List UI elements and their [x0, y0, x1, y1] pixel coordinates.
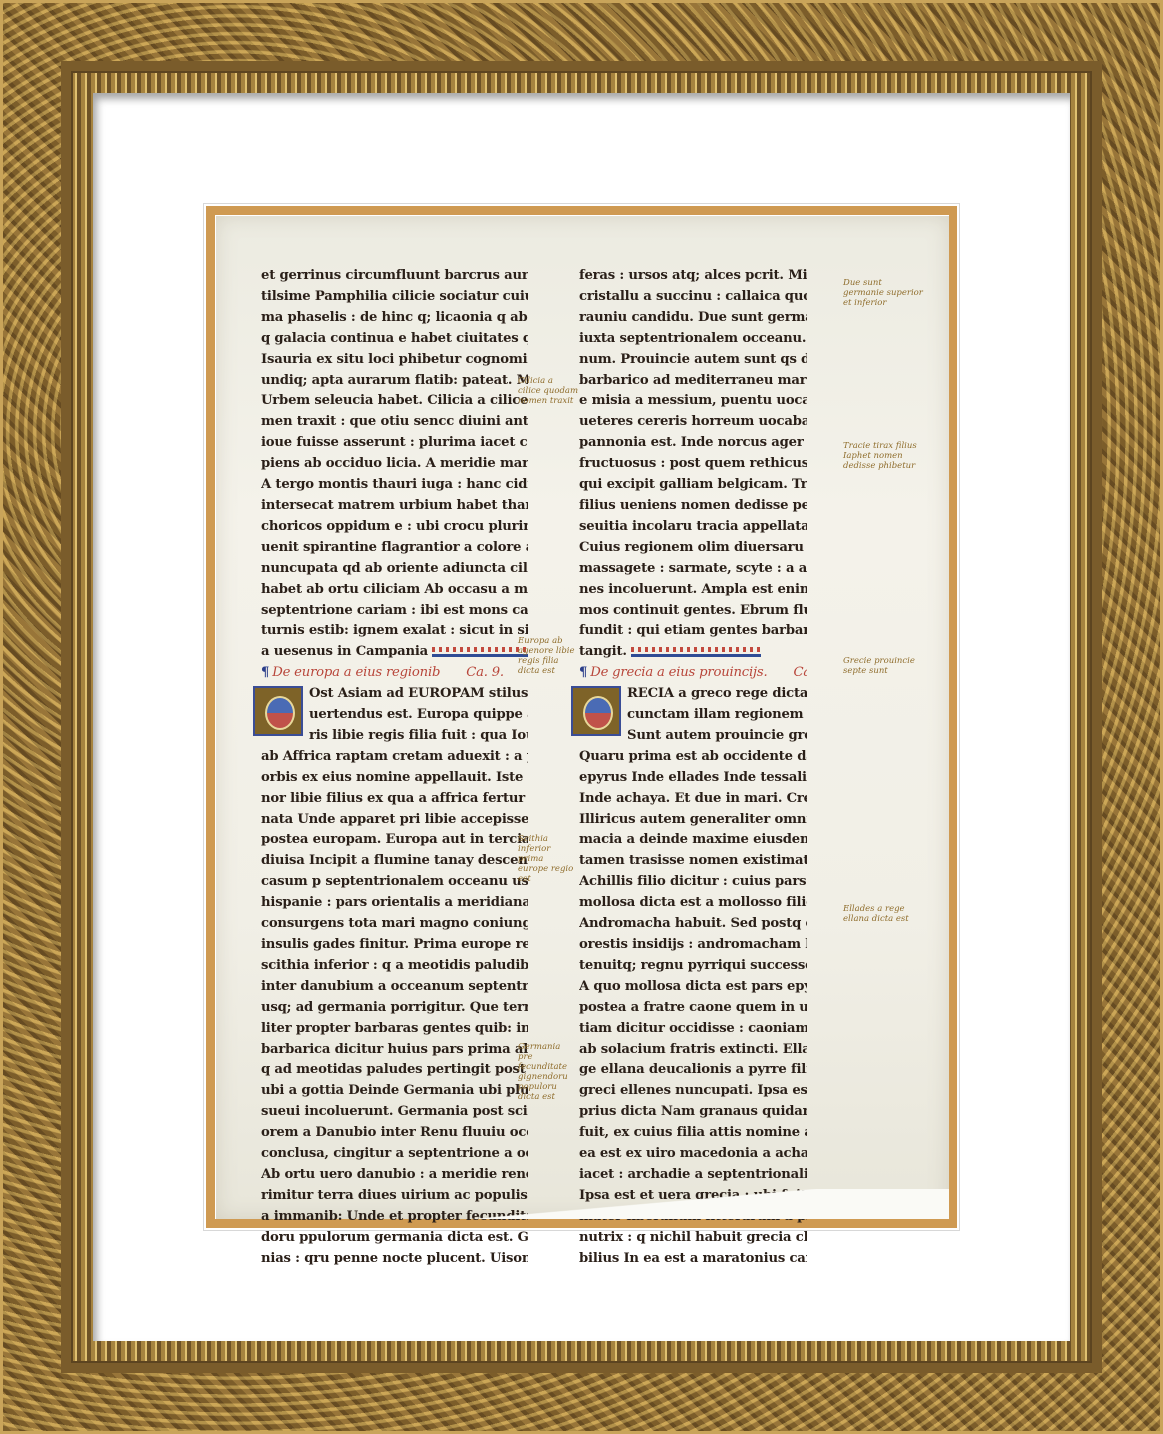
- manuscript-text-line: ubi a gottia Deinde Germania ubi plurima…: [261, 1081, 528, 1102]
- manuscript-text-line: tenuitq; regnu pyrriqui successerat patr…: [579, 956, 807, 977]
- gloss-grecie: Grecie prouincie septe sunt: [843, 656, 933, 676]
- manuscript-text-line: et gerrinus circumfluunt barcrus aurcis …: [261, 266, 528, 287]
- manuscript-text-line: nor libie filius ex qua a affrica fertur…: [261, 789, 528, 810]
- manuscript-text-line: RECIA a greco rege dicta est qui: [627, 684, 807, 705]
- manuscript-text-line: iuxta septentrionalem occeanu. Inferior …: [579, 329, 807, 350]
- manuscript-text-line: nata Unde apparet pri libie accepisse uo…: [261, 810, 528, 831]
- manuscript-text-line: ab solacium fratris extincti. Ellades di…: [579, 1040, 807, 1061]
- gloss-germania: Germania pre fecunditate gignendoru popu…: [518, 1042, 576, 1102]
- manuscript-text-line: barbarico ad mediterraneu mare secludit.…: [579, 371, 807, 392]
- page-bottom-edge: [219, 1189, 949, 1219]
- manuscript-text-line: hispanie : pars orientalis a meridiana a…: [261, 893, 528, 914]
- manuscript-text-line: ueteres cereris horreum uocabant. post m…: [579, 412, 807, 433]
- illuminated-initial-g-icon: G: [571, 686, 621, 736]
- manuscript-text-line: consurgens tota mari magno coniungitur :…: [261, 914, 528, 935]
- manuscript-text-line: greci ellenes nuncupati. Ipsa est attica…: [579, 1081, 807, 1102]
- manuscript-text-line: Illiricus autem generaliter omnis grecia…: [579, 810, 807, 831]
- manuscript-text-line: ioue fuisse asserunt : plurima iacet cam…: [261, 433, 528, 454]
- manuscript-text-line: fructuosus : post quem rethicus terax : …: [579, 454, 807, 475]
- pen-flourish-line-filler: [631, 645, 761, 659]
- manuscript-text-line: piens ab occiduo licia. A meridie mare a…: [261, 454, 528, 475]
- manuscript-text-line: seuitia incolaru tracia appellatam dixer…: [579, 517, 807, 538]
- right-text-column: feras : ursos atq; alces pcrit. Mittit a…: [579, 266, 807, 1270]
- manuscript-text-line: diuisa Incipit a flumine tanay descenden…: [261, 851, 528, 872]
- manuscript-text-line: bilius In ea est a maratonius campus opi…: [579, 1249, 807, 1270]
- manuscript-text-line: uertendus est. Europa quippe agenio: [309, 705, 528, 726]
- manuscript-text-line: fundit : qui etiam gentes barbaroru plur…: [579, 621, 807, 642]
- manuscript-text-line: rauniu candidu. Due sunt germanie : supe…: [579, 308, 807, 329]
- manuscript-text-line: tiam dicitur occidisse : caoniam nominau…: [579, 1019, 807, 1040]
- manuscript-text-line: massagete : sarmate, scyte : a alie plur…: [579, 559, 807, 580]
- gloss-ellades: Ellades a rege ellana dicta est: [843, 904, 923, 924]
- manuscript-text-line: orestis insidijs : andromacham helenus s…: [579, 935, 807, 956]
- manuscript-text-line: epyrus Inde ellades Inde tessalia. Inde …: [579, 768, 807, 789]
- manuscript-leaf: et gerrinus circumfluunt barcrus aurcis …: [215, 215, 949, 1219]
- manuscript-text-line: ab Affrica raptam cretam aduexit : a pte…: [261, 747, 528, 768]
- manuscript-text-line: uenit spirantine flagrantior a colore au…: [261, 538, 528, 559]
- manuscript-text-line: iacet : archadie a septentrionali pte co…: [579, 1165, 807, 1186]
- manuscript-text-line: Ab ortu uero danubio : a meridie reno fl…: [261, 1165, 528, 1186]
- manuscript-text-line: Andromacha habuit. Sed postq occisus e p…: [579, 914, 807, 935]
- manuscript-text-line: nes incoluerunt. Ampla est enim. Ideoq; …: [579, 580, 807, 601]
- manuscript-text-line: usq; ad germania porrigitur. Que terra g…: [261, 998, 528, 1019]
- manuscript-text-line: Sunt autem prouincie grecie septe: [627, 726, 807, 747]
- manuscript-text-line: Urbem seleucia habet. Cilicia a cilice q…: [261, 391, 528, 412]
- manuscript-text-line: num. Prouincie autem sunt qs danubius a: [579, 350, 807, 371]
- manuscript-text-line: doru ppulorum germania dicta est. Gignit…: [261, 1228, 528, 1249]
- manuscript-text-line: postea europam. Europa aut in tercia pte…: [261, 830, 528, 851]
- manuscript-text-line: orbis ex eius nomine appellauit. Iste au…: [261, 768, 528, 789]
- manuscript-text-line: postea a fratre caone quem in uenatu pig…: [579, 998, 807, 1019]
- manuscript-text-line: Isauria ex situ loci phibetur cognominat…: [261, 350, 528, 371]
- manuscript-text-line: A quo mollosa dicta est pars epyri : qua…: [579, 977, 807, 998]
- chapter-rubric-10: ¶De grecia a eius prouincijs.Ca. 10.: [579, 663, 807, 684]
- manuscript-text-line: insulis gades finitur. Prima europe regi…: [261, 935, 528, 956]
- manuscript-text-line: septentrione cariam : ibi est mons cadin…: [261, 601, 528, 622]
- manuscript-text-line: mollosa dicta est a mollosso filio pyrri…: [579, 893, 807, 914]
- pen-flourish-line-filler: [432, 645, 528, 659]
- gloss-cilicia: Cilicia a cilice quodam nomen traxit: [518, 376, 578, 406]
- manuscript-text-line: pannonia est. Inde norcus ager frigidus …: [579, 433, 807, 454]
- manuscript-text-line: filius ueniens nomen dedisse perhibetur …: [579, 496, 807, 517]
- gloss-tracie: Tracie tirax filius Iaphet nomen dedisse…: [843, 441, 923, 471]
- manuscript-text-line: a uesenus in Campania: [261, 642, 528, 663]
- gloss-scithia: Scithia inferior prima europe regio est: [518, 834, 576, 884]
- manuscript-text-line: tangit.: [579, 642, 807, 663]
- manuscript-text-line: ge ellana deucalionis a pyrre filio : a …: [579, 1060, 807, 1081]
- manuscript-text-line: intersecat matrem urbium habet tharsum I…: [261, 496, 528, 517]
- illuminated-initial-p-icon: P: [253, 686, 303, 736]
- manuscript-text-line: qui excipit galliam belgicam. Tracie tir…: [579, 475, 807, 496]
- manuscript-text-line: q ad meotidas paludes pertingit post han…: [261, 1060, 528, 1081]
- manuscript-text-line: fuit, ex cuius filia attis nomine attica…: [579, 1123, 807, 1144]
- pilcrow-icon: ¶: [261, 665, 269, 680]
- manuscript-text-line: cunctam illam regionem incoluit.: [627, 705, 807, 726]
- manuscript-text-line: tamen trasisse nomen existimatur. Epyrus…: [579, 851, 807, 872]
- manuscript-text-line: men traxit : que otiu sencc diuini antiq…: [261, 412, 528, 433]
- manuscript-text-line: Inde achaya. Et due in mari. Creta et Ci…: [579, 789, 807, 810]
- manuscript-text-line: habet ab ortu ciliciam Ab occasu a merid…: [261, 580, 528, 601]
- manuscript-text-line: nutrix : q nichil habuit grecia clarius …: [579, 1228, 807, 1249]
- manuscript-text-line: Ost Asiam ad EUROPAM stilus: [309, 684, 528, 705]
- manuscript-text-line: turnis estib: ignem exalat : sicut in si…: [261, 621, 528, 642]
- manuscript-text-line: tilsime Pamphilia cilicie sociatur cuius…: [261, 287, 528, 308]
- manuscript-text-line: orem a Danubio inter Renu fluuiu occeanu…: [261, 1123, 528, 1144]
- manuscript-text-line: liter propter barbaras gentes quib: inha…: [261, 1019, 528, 1040]
- manuscript-text-line: ea est ex uiro macedonia a achayam media: [579, 1144, 807, 1165]
- manuscript-text-line: ma phaselis : de hinc q; licaonia q ab i…: [261, 308, 528, 329]
- manuscript-text-line: conclusa, cingitur a septentrione a occa…: [261, 1144, 528, 1165]
- manuscript-text-line: Quaru prima est ab occidente dalmacia. D…: [579, 747, 807, 768]
- manuscript-text-line: ris libie regis filia fuit : qua Iouis: [309, 726, 528, 747]
- chapter-rubric-9: ¶De europa a eius regionibCa. 9.: [261, 663, 528, 684]
- manuscript-text-line: choricos oppidum e : ubi crocu plurimu a…: [261, 517, 528, 538]
- manuscript-text-line: scithia inferior : q a meotidis paludib:…: [261, 956, 528, 977]
- gloss-europa: Europa ab agenore libie regis filia dict…: [518, 636, 576, 676]
- manuscript-text-line: mos continuit gentes. Ebrum fluuiu traci…: [579, 601, 807, 622]
- gloss-germanie: Due sunt germanie superior et inferior: [843, 278, 923, 308]
- manuscript-text-line: inter danubium a occeanum septentrionale…: [261, 977, 528, 998]
- manuscript-text-line: prius dicta Nam granaus quidam grecie in…: [579, 1102, 807, 1123]
- pilcrow-icon: ¶: [579, 665, 587, 680]
- manuscript-text-line: casum p septentrionalem occeanu usq; ad …: [261, 872, 528, 893]
- manuscript-text-line: sueui incoluerunt. Germania post scithia…: [261, 1102, 528, 1123]
- manuscript-text-line: undiq; apta aurarum flatib: pateat. Metr…: [261, 371, 528, 392]
- manuscript-text-line: Achillis filio dicitur : cuius pars caon…: [579, 872, 807, 893]
- manuscript-text-line: macia a deinde maxime eiusdem prouincie …: [579, 830, 807, 851]
- manuscript-text-line: Cuius regionem olim diuersaru gentiu pop…: [579, 538, 807, 559]
- manuscript-text-line: feras : ursos atq; alces pcrit. Mittit a…: [579, 266, 807, 287]
- manuscript-text-line: cristallu a succinu : callaica quoq; uir…: [579, 287, 807, 308]
- manuscript-text-line: q galacia continua e habet ciuitates qua…: [261, 329, 528, 350]
- manuscript-text-line: nuncupata qd ab oriente adiuncta cilicie…: [261, 559, 528, 580]
- manuscript-text-line: nias : qru penne nocte plucent. Uisontes…: [261, 1249, 528, 1270]
- manuscript-text-line: e misia a messium, puentu uocata : unde …: [579, 391, 807, 412]
- manuscript-text-line: A tergo montis thauri iuga : hanc cidnus…: [261, 475, 528, 496]
- manuscript-text-line: barbarica dicitur huius pars prima alani…: [261, 1040, 528, 1061]
- left-text-column: et gerrinus circumfluunt barcrus aurcis …: [261, 266, 528, 1270]
